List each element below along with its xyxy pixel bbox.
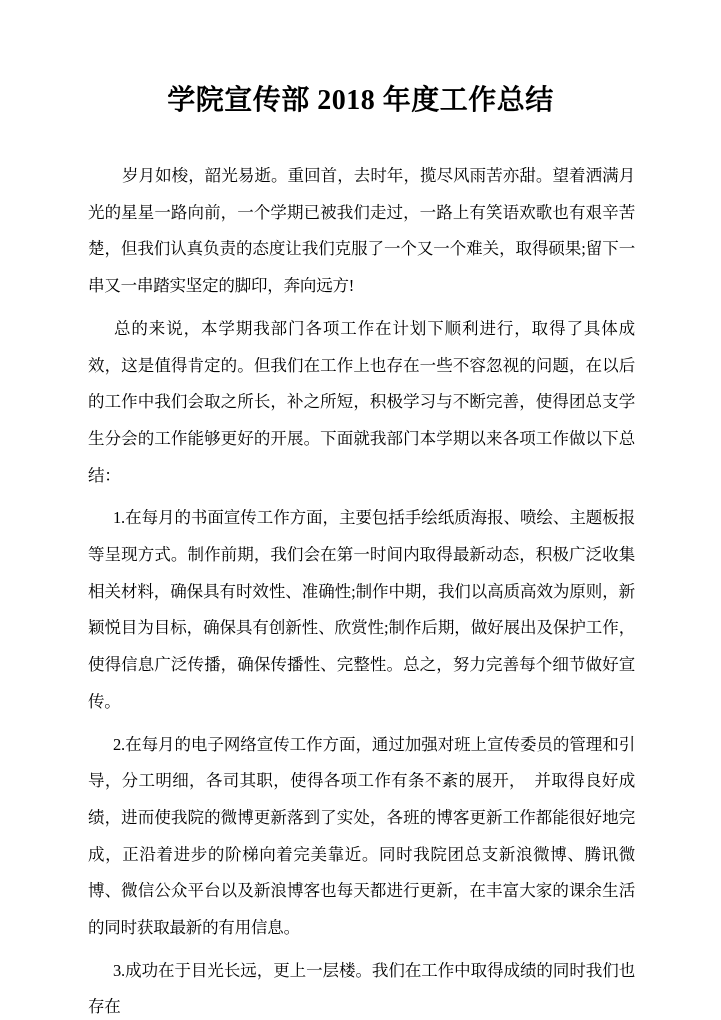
paragraph-item-3-truncated: 3.成功在于目光长远，更上一层楼。我们在工作中取得成绩的同时我们也存在 <box>88 953 635 1020</box>
document-page: 学院宣传部 2018 年度工作总结 岁月如梭，韶光易逝。重回首，去时年，揽尽风雨… <box>0 0 721 1020</box>
document-title: 学院宣传部 2018 年度工作总结 <box>0 0 721 118</box>
paragraph-overview: 总的来说，本学期我部门各项工作在计划下顺利进行，取得了具体成效，这是值得肯定的。… <box>88 311 635 495</box>
paragraph-item-2: 2.在每月的电子网络宣传工作方面，通过加强对班上宣传委员的管理和引导，分工明细，… <box>88 727 635 947</box>
paragraph-item-1: 1.在每月的书面宣传工作方面，主要包括手绘纸质海报、喷绘、主题板报等呈现方式。制… <box>88 500 635 720</box>
document-body: 岁月如梭，韶光易逝。重回首，去时年，揽尽风雨苦亦甜。望着洒满月光的星星一路向前，… <box>88 158 635 1020</box>
paragraph-intro: 岁月如梭，韶光易逝。重回首，去时年，揽尽风雨苦亦甜。望着洒满月光的星星一路向前，… <box>88 158 635 305</box>
